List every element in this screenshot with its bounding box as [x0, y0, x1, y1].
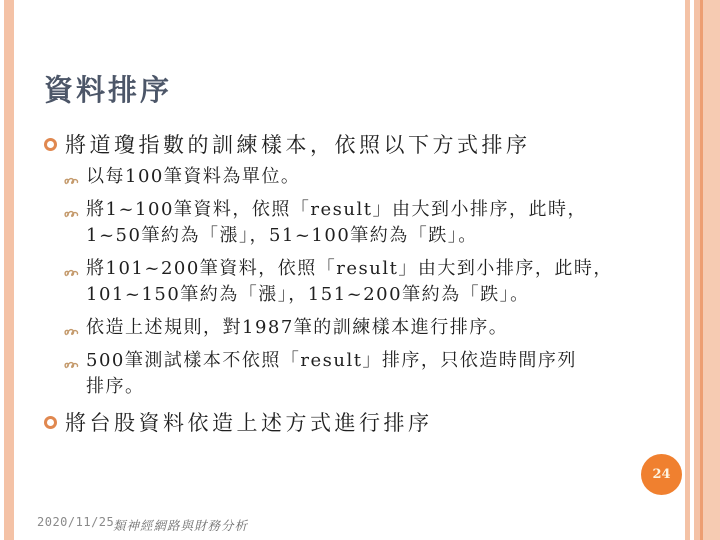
sub-bullet-4: 依造上述規則，對1987筆的訓練樣本進行排序。 [64, 315, 644, 341]
sub-bullet-2-text: 將1~100筆資料，依照「result」由大到小排序，此時， 1~50筆約為「漲… [86, 197, 587, 249]
text-line: 將101~200筆資料，依照「result」由大到小排序，此時， [86, 256, 613, 282]
text-line: 以每100筆資料為單位。 [86, 164, 300, 190]
text-line: 將1~100筆資料，依照「result」由大到小排序，此時， [86, 197, 587, 223]
page-number-badge: 24 [641, 454, 682, 495]
page-number: 24 [652, 467, 670, 482]
main-bullet-1: 將道瓊指數的訓練樣本，依照以下方式排序 [44, 131, 644, 159]
main-bullet-2-text: 將台股資料依造上述方式進行排序 [65, 409, 433, 437]
left-border-stripe [4, 0, 14, 540]
footer-course-title: 類神經網路與財務分析 [113, 516, 248, 534]
sub-bullet-3: 將101~200筆資料，依照「result」由大到小排序，此時， 101~150… [64, 256, 644, 308]
text-line: 依造上述規則，對1987筆的訓練樣本進行排序。 [86, 315, 508, 341]
sub-bullet-3-text: 將101~200筆資料，依照「result」由大到小排序，此時， 101~150… [86, 256, 613, 308]
text-line: 排序。 [86, 374, 577, 400]
ribbon-loop-bullet-icon [64, 164, 86, 190]
main-bullet-2: 將台股資料依造上述方式進行排序 [44, 409, 644, 437]
ribbon-loop-bullet-icon [64, 348, 86, 374]
sub-bullet-2: 將1~100筆資料，依照「result」由大到小排序，此時， 1~50筆約為「漲… [64, 197, 644, 249]
text-line: 500筆測試樣本不依照「result」排序，只依造時間序列 [86, 348, 577, 374]
ribbon-loop-bullet-icon [64, 256, 86, 282]
sub-bullet-5-text: 500筆測試樣本不依照「result」排序，只依造時間序列 排序。 [86, 348, 577, 400]
ring-bullet-icon [44, 138, 57, 151]
sub-bullet-list: 以每100筆資料為單位。 將1~100筆資料，依照「result」由大到小排序，… [64, 164, 644, 400]
footer-date: 2020/11/25 [37, 515, 114, 529]
text-line: 101~150筆約為「漲」，151~200筆約為「跌」。 [86, 282, 613, 308]
slide-title: 資料排序 [44, 72, 172, 108]
text-line: 1~50筆約為「漲」，51~100筆約為「跌」。 [86, 223, 587, 249]
sub-bullet-4-text: 依造上述規則，對1987筆的訓練樣本進行排序。 [86, 315, 508, 341]
sub-bullet-5: 500筆測試樣本不依照「result」排序，只依造時間序列 排序。 [64, 348, 644, 400]
right-border-stripe-4 [703, 0, 720, 540]
main-bullet-1-text: 將道瓊指數的訓練樣本，依照以下方式排序 [65, 131, 531, 159]
ribbon-loop-bullet-icon [64, 197, 86, 223]
right-border-stripe-1 [685, 0, 690, 540]
slide-body: 將道瓊指數的訓練樣本，依照以下方式排序 以每100筆資料為單位。 將1~100筆… [44, 131, 644, 442]
sub-bullet-1-text: 以每100筆資料為單位。 [86, 164, 300, 190]
ribbon-loop-bullet-icon [64, 315, 86, 341]
ring-bullet-icon [44, 416, 57, 429]
sub-bullet-1: 以每100筆資料為單位。 [64, 164, 644, 190]
